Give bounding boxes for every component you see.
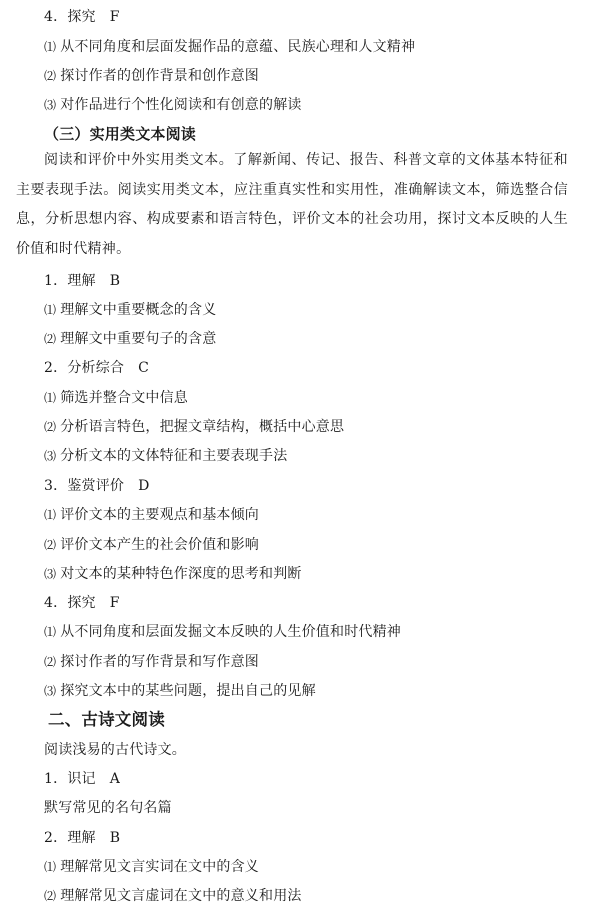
sub-number: ⑵ (44, 69, 56, 83)
list-item: ⑵理解文中重要句子的含意 (44, 329, 216, 349)
item-grade: F (110, 9, 120, 25)
sub-text: 评价文本的主要观点和基本倾向 (60, 507, 259, 523)
list-item: ⑴筛选并整合文中信息 (44, 388, 188, 408)
sub-number: ⑴ (44, 40, 56, 54)
list-item: ⑶对作品进行个性化阅读和有创意的解读 (44, 95, 302, 115)
item-heading-appreciation: 3．鉴赏评价D (44, 476, 150, 496)
item-number: 3． (44, 478, 67, 494)
item-grade: B (110, 273, 121, 289)
sub-number: ⑶ (44, 98, 56, 112)
item-number: 4． (44, 595, 67, 611)
sub-text: 理解常见文言实词在文中的含义 (60, 859, 259, 875)
sub-text: 理解文中重要句子的含意 (60, 331, 216, 347)
section-intro-paragraph: 阅读和评价中外实用类文本。了解新闻、传记、报告、科普文章的文体基本特征和主要表现… (16, 146, 568, 264)
sub-text: 探讨作者的写作背景和写作意图 (60, 654, 259, 670)
sub-text: 评价文本产生的社会价值和影响 (60, 537, 259, 553)
item-grade: C (138, 360, 149, 376)
sub-number: ⑴ (44, 391, 56, 405)
item-label: 探究 (67, 9, 95, 25)
item-label: 分析综合 (67, 360, 124, 376)
list-item: ⑵探讨作者的创作背景和创作意图 (44, 66, 259, 86)
list-item: ⑴评价文本的主要观点和基本倾向 (44, 505, 259, 525)
item-heading-explore: 4．探究F (44, 593, 120, 613)
sub-number: ⑵ (44, 538, 56, 552)
item-heading-memorize: 1．识记A (44, 769, 120, 789)
sub-number: ⑵ (44, 655, 56, 669)
sub-number: ⑶ (44, 684, 56, 698)
item-label: 探究 (67, 595, 95, 611)
list-item: ⑶探究文本中的某些问题，提出自己的见解 (44, 681, 316, 701)
list-item: ⑶分析文本的文体特征和主要表现手法 (44, 446, 287, 466)
list-item: ⑵理解常见文言虚词在文中的意义和用法 (44, 886, 302, 906)
sub-text: 从不同角度和层面发掘文本反映的人生价值和时代精神 (60, 624, 401, 640)
sub-text: 对作品进行个性化阅读和有创意的解读 (60, 97, 301, 113)
sub-number: ⑴ (44, 625, 56, 639)
item-grade: B (110, 830, 121, 846)
sub-number: ⑵ (44, 889, 56, 903)
section-heading-practical: （三）实用类文本阅读 (44, 124, 196, 144)
item-label: 识记 (67, 771, 95, 787)
sub-number: ⑶ (44, 567, 56, 581)
item-label: 鉴赏评价 (67, 478, 124, 494)
section-heading-classical: 二、古诗文阅读 (48, 710, 165, 730)
list-item: ⑵评价文本产生的社会价值和影响 (44, 535, 259, 555)
sub-text: 分析文本的文体特征和主要表现手法 (60, 448, 287, 464)
sub-text: 对文本的某种特色作深度的思考和判断 (60, 566, 301, 582)
sub-text: 理解文中重要概念的含义 (60, 302, 216, 318)
sub-number: ⑵ (44, 420, 56, 434)
item-number: 1． (44, 273, 67, 289)
list-item: ⑴理解文中重要概念的含义 (44, 300, 216, 320)
sub-text: 探讨作者的创作背景和创作意图 (60, 68, 259, 84)
item-grade: D (138, 478, 149, 494)
section-intro-classical: 阅读浅易的古代诗文。 (44, 740, 186, 760)
sub-text: 理解常见文言虚词在文中的意义和用法 (60, 888, 301, 904)
item-number: 1． (44, 771, 67, 787)
sub-number: ⑴ (44, 508, 56, 522)
list-item: ⑴理解常见文言实词在文中的含义 (44, 857, 259, 877)
item-number: 4． (44, 9, 67, 25)
sub-text: 筛选并整合文中信息 (60, 390, 188, 406)
item-label: 理解 (67, 273, 95, 289)
list-item: ⑴从不同角度和层面发掘文本反映的人生价值和时代精神 (44, 622, 401, 642)
item-label: 理解 (67, 830, 95, 846)
list-item: ⑵分析语言特色，把握文章结构，概括中心意思 (44, 417, 344, 437)
list-item: ⑶对文本的某种特色作深度的思考和判断 (44, 564, 302, 584)
list-item: ⑵探讨作者的写作背景和写作意图 (44, 652, 259, 672)
sub-number: ⑴ (44, 303, 56, 317)
item-grade: A (110, 771, 120, 787)
sub-number: ⑶ (44, 449, 56, 463)
item-grade: F (110, 595, 120, 611)
list-item: ⑴从不同角度和层面发掘作品的意蕴、民族心理和人文精神 (44, 37, 415, 57)
sub-text: 探究文本中的某些问题，提出自己的见解 (60, 683, 316, 699)
item-number: 2． (44, 360, 67, 376)
item-heading-explore: 4．探究F (44, 7, 120, 27)
sub-number: ⑵ (44, 332, 56, 346)
sub-text: 分析语言特色，把握文章结构，概括中心意思 (60, 419, 344, 435)
item-heading-analysis: 2．分析综合C (44, 358, 149, 378)
sub-number: ⑴ (44, 860, 56, 874)
item-body: 默写常见的名句名篇 (44, 798, 172, 818)
sub-text: 从不同角度和层面发掘作品的意蕴、民族心理和人文精神 (60, 39, 415, 55)
item-heading-understand: 2．理解B (44, 828, 120, 848)
item-heading-understand: 1．理解B (44, 271, 120, 291)
item-number: 2． (44, 830, 67, 846)
